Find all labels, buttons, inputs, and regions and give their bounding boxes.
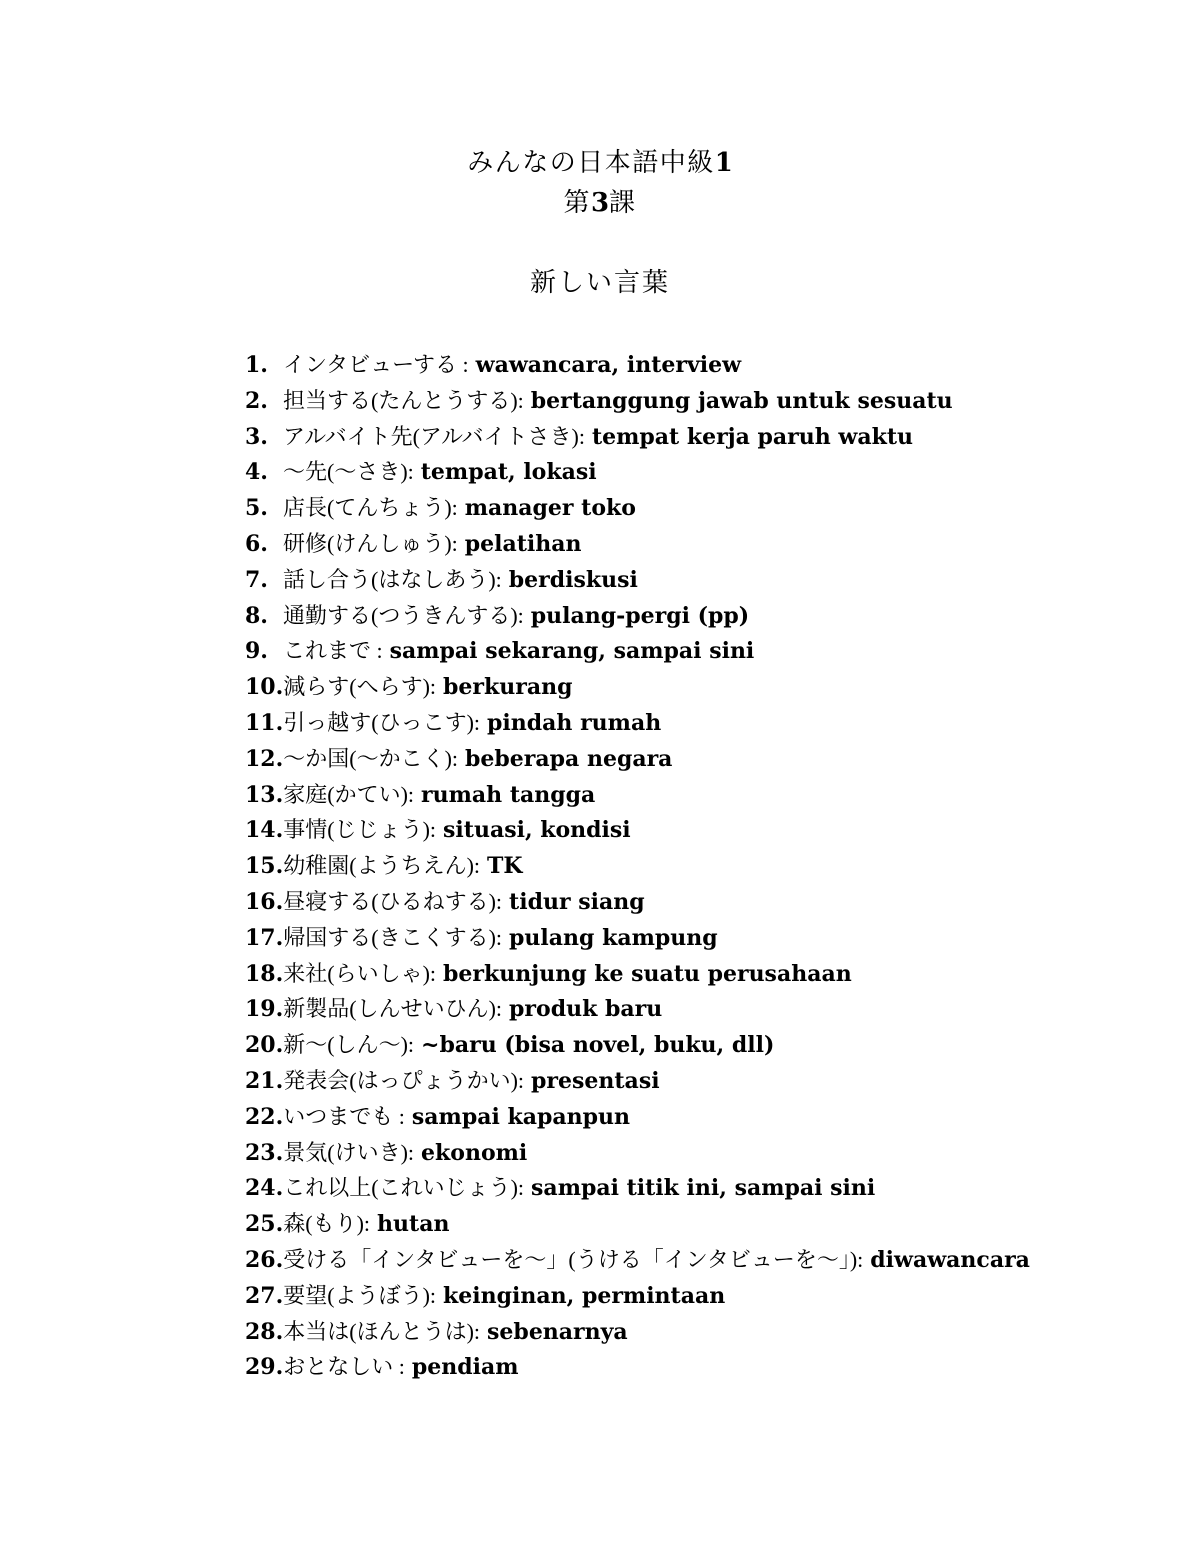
japanese-term: 昼寝する(ひるねする): [283, 889, 502, 914]
item-number: 3. [245, 420, 283, 456]
japanese-term: 担当する(たんとうする): [283, 388, 524, 413]
item-number: 24. [245, 1171, 283, 1207]
vocab-item: 20.新～(しん～):~baru (bisa novel, buku, dll) [245, 1027, 1155, 1063]
japanese-term: 新～(しん～): [283, 1032, 414, 1057]
vocab-item: 6.研修(けんしゅう):pelatihan [245, 526, 1155, 562]
japanese-term: これまで : [283, 638, 383, 663]
japanese-term: いつまでも : [283, 1104, 405, 1129]
item-number: 23. [245, 1136, 283, 1172]
indonesian-translation: rumah tangga [421, 782, 595, 808]
indonesian-translation: manager toko [465, 495, 636, 521]
vocab-item: 4.～先(～さき):tempat, lokasi [245, 454, 1155, 490]
vocab-item: 24.これ以上(これいじょう):sampai titik ini, sampai… [245, 1170, 1155, 1206]
japanese-term: おとなしい : [283, 1354, 405, 1379]
lesson-title: 第3課 [0, 183, 1200, 223]
vocab-item: 29.おとなしい :pendiam [245, 1349, 1155, 1385]
item-number: 1. [245, 348, 283, 384]
indonesian-translation: TK [487, 853, 523, 879]
indonesian-translation: berkurang [443, 674, 572, 700]
item-number: 2. [245, 384, 283, 420]
item-number: 11. [245, 706, 283, 742]
vocab-item: 1.インタビューする :wawancara, interview [245, 347, 1155, 383]
item-number: 7. [245, 563, 283, 599]
japanese-term: ～か国(～かこく): [283, 746, 458, 771]
item-number: 16. [245, 885, 283, 921]
vocab-item: 8.通勤する(つうきんする):pulang-pergi (pp) [245, 598, 1155, 634]
item-number: 25. [245, 1207, 283, 1243]
japanese-term: 発表会(はっぴょうかい): [283, 1068, 524, 1093]
vocab-item: 3.アルバイト先(アルバイトさき):tempat kerja paruh wak… [245, 419, 1155, 455]
vocab-item: 2.担当する(たんとうする):bertanggung jawab untuk s… [245, 383, 1155, 419]
indonesian-translation: beberapa negara [465, 746, 672, 772]
japanese-term: 帰国する(きこくする): [283, 925, 502, 950]
indonesian-translation: keinginan, permintaan [443, 1283, 725, 1309]
japanese-term: 要望(ようぼう): [283, 1283, 436, 1308]
item-number: 4. [245, 455, 283, 491]
vocab-item: 16.昼寝する(ひるねする):tidur siang [245, 884, 1155, 920]
japanese-term: 家庭(かてい): [283, 782, 414, 807]
vocab-item: 21.発表会(はっぴょうかい):presentasi [245, 1063, 1155, 1099]
japanese-term: アルバイト先(アルバイトさき): [283, 424, 585, 449]
vocab-item: 13.家庭(かてい):rumah tangga [245, 777, 1155, 813]
book-title-number: 1 [715, 148, 733, 178]
item-number: 27. [245, 1279, 283, 1315]
vocab-item: 28.本当は(ほんとうは):sebenarnya [245, 1314, 1155, 1350]
book-title: みんなの日本語中級1 [0, 143, 1200, 183]
indonesian-translation: tidur siang [509, 889, 645, 915]
vocab-item: 15.幼稚園(ようちえん):TK [245, 848, 1155, 884]
indonesian-translation: berkunjung ke suatu perusahaan [443, 961, 852, 987]
item-number: 20. [245, 1028, 283, 1064]
item-number: 12. [245, 742, 283, 778]
vocab-item: 26.受ける「インタビューを～」(うける「インタビューを～」):diwawanc… [245, 1242, 1155, 1278]
item-number: 9. [245, 634, 283, 670]
indonesian-translation: sebenarnya [487, 1319, 628, 1345]
indonesian-translation: situasi, kondisi [443, 817, 631, 843]
item-number: 29. [245, 1350, 283, 1386]
indonesian-translation: pendiam [412, 1354, 519, 1380]
vocab-item: 10.減らす(へらす):berkurang [245, 669, 1155, 705]
indonesian-translation: ~baru (bisa novel, buku, dll) [421, 1032, 774, 1058]
item-number: 13. [245, 778, 283, 814]
indonesian-translation: presentasi [531, 1068, 660, 1094]
item-number: 5. [245, 491, 283, 527]
indonesian-translation: bertanggung jawab untuk sesuatu [531, 388, 953, 414]
item-number: 8. [245, 599, 283, 635]
indonesian-translation: sampai titik ini, sampai sini [531, 1175, 875, 1201]
japanese-term: 新製品(しんせいひん): [283, 996, 502, 1021]
vocab-item: 17.帰国する(きこくする):pulang kampung [245, 920, 1155, 956]
indonesian-translation: pulang kampung [509, 925, 718, 951]
lesson-prefix: 第 [563, 188, 591, 217]
vocab-item: 12.～か国(～かこく):beberapa negara [245, 741, 1155, 777]
indonesian-translation: pelatihan [465, 531, 582, 557]
lesson-number: 3 [591, 188, 609, 218]
item-number: 10. [245, 670, 283, 706]
vocab-item: 27.要望(ようぼう):keinginan, permintaan [245, 1278, 1155, 1314]
japanese-term: 景気(けいき): [283, 1140, 414, 1165]
vocab-item: 25.森(もり):hutan [245, 1206, 1155, 1242]
japanese-term: 通勤する(つうきんする): [283, 603, 524, 628]
item-number: 28. [245, 1315, 283, 1351]
item-number: 26. [245, 1243, 283, 1279]
indonesian-translation: pindah rumah [487, 710, 661, 736]
vocab-item: 14.事情(じじょう):situasi, kondisi [245, 812, 1155, 848]
document-page: みんなの日本語中級1 第3課 新しい言葉 1.インタビューする :wawanca… [0, 0, 1200, 1553]
document-header: みんなの日本語中級1 第3課 [0, 143, 1200, 223]
japanese-term: 事情(じじょう): [283, 817, 436, 842]
item-number: 6. [245, 527, 283, 563]
japanese-term: 来社(らいしゃ): [283, 961, 436, 986]
item-number: 18. [245, 957, 283, 993]
vocab-item: 7.話し合う(はなしあう):berdiskusi [245, 562, 1155, 598]
section-heading: 新しい言葉 [0, 266, 1200, 300]
japanese-term: 受ける「インタビューを～」(うける「インタビューを～」): [283, 1247, 863, 1272]
indonesian-translation: tempat kerja paruh waktu [592, 424, 913, 450]
japanese-term: 本当は(ほんとうは): [283, 1319, 480, 1344]
vocab-item: 22.いつまでも :sampai kapanpun [245, 1099, 1155, 1135]
japanese-term: インタビューする : [283, 352, 469, 377]
japanese-term: 森(もり): [283, 1211, 370, 1236]
japanese-term: これ以上(これいじょう): [283, 1175, 524, 1200]
japanese-term: 引っ越す(ひっこす): [283, 710, 480, 735]
vocab-item: 5.店長(てんちょう):manager toko [245, 490, 1155, 526]
vocab-item: 9.これまで :sampai sekarang, sampai sini [245, 633, 1155, 669]
item-number: 14. [245, 813, 283, 849]
vocab-item: 11.引っ越す(ひっこす):pindah rumah [245, 705, 1155, 741]
item-number: 17. [245, 921, 283, 957]
indonesian-translation: ekonomi [421, 1140, 527, 1166]
item-number: 22. [245, 1100, 283, 1136]
indonesian-translation: wawancara, interview [476, 352, 741, 378]
indonesian-translation: sampai kapanpun [412, 1104, 630, 1130]
japanese-term: 話し合う(はなしあう): [283, 567, 502, 592]
indonesian-translation: berdiskusi [509, 567, 638, 593]
indonesian-translation: diwawancara [870, 1247, 1030, 1273]
japanese-term: 店長(てんちょう): [283, 495, 458, 520]
lesson-suffix: 課 [609, 188, 637, 217]
item-number: 19. [245, 992, 283, 1028]
vocab-item: 19.新製品(しんせいひん):produk baru [245, 991, 1155, 1027]
indonesian-translation: hutan [377, 1211, 449, 1237]
item-number: 15. [245, 849, 283, 885]
japanese-term: 幼稚園(ようちえん): [283, 853, 480, 878]
japanese-term: ～先(～さき): [283, 459, 414, 484]
indonesian-translation: produk baru [509, 996, 662, 1022]
indonesian-translation: tempat, lokasi [421, 459, 597, 485]
indonesian-translation: sampai sekarang, sampai sini [390, 638, 755, 664]
item-number: 21. [245, 1064, 283, 1100]
vocab-item: 18.来社(らいしゃ):berkunjung ke suatu perusaha… [245, 956, 1155, 992]
indonesian-translation: pulang-pergi (pp) [531, 603, 749, 629]
vocab-item: 23.景気(けいき):ekonomi [245, 1135, 1155, 1171]
japanese-term: 減らす(へらす): [283, 674, 436, 699]
book-title-text: みんなの日本語中級 [467, 148, 715, 177]
vocab-list: 1.インタビューする :wawancara, interview2.担当する(た… [245, 347, 1155, 1385]
japanese-term: 研修(けんしゅう): [283, 531, 458, 556]
